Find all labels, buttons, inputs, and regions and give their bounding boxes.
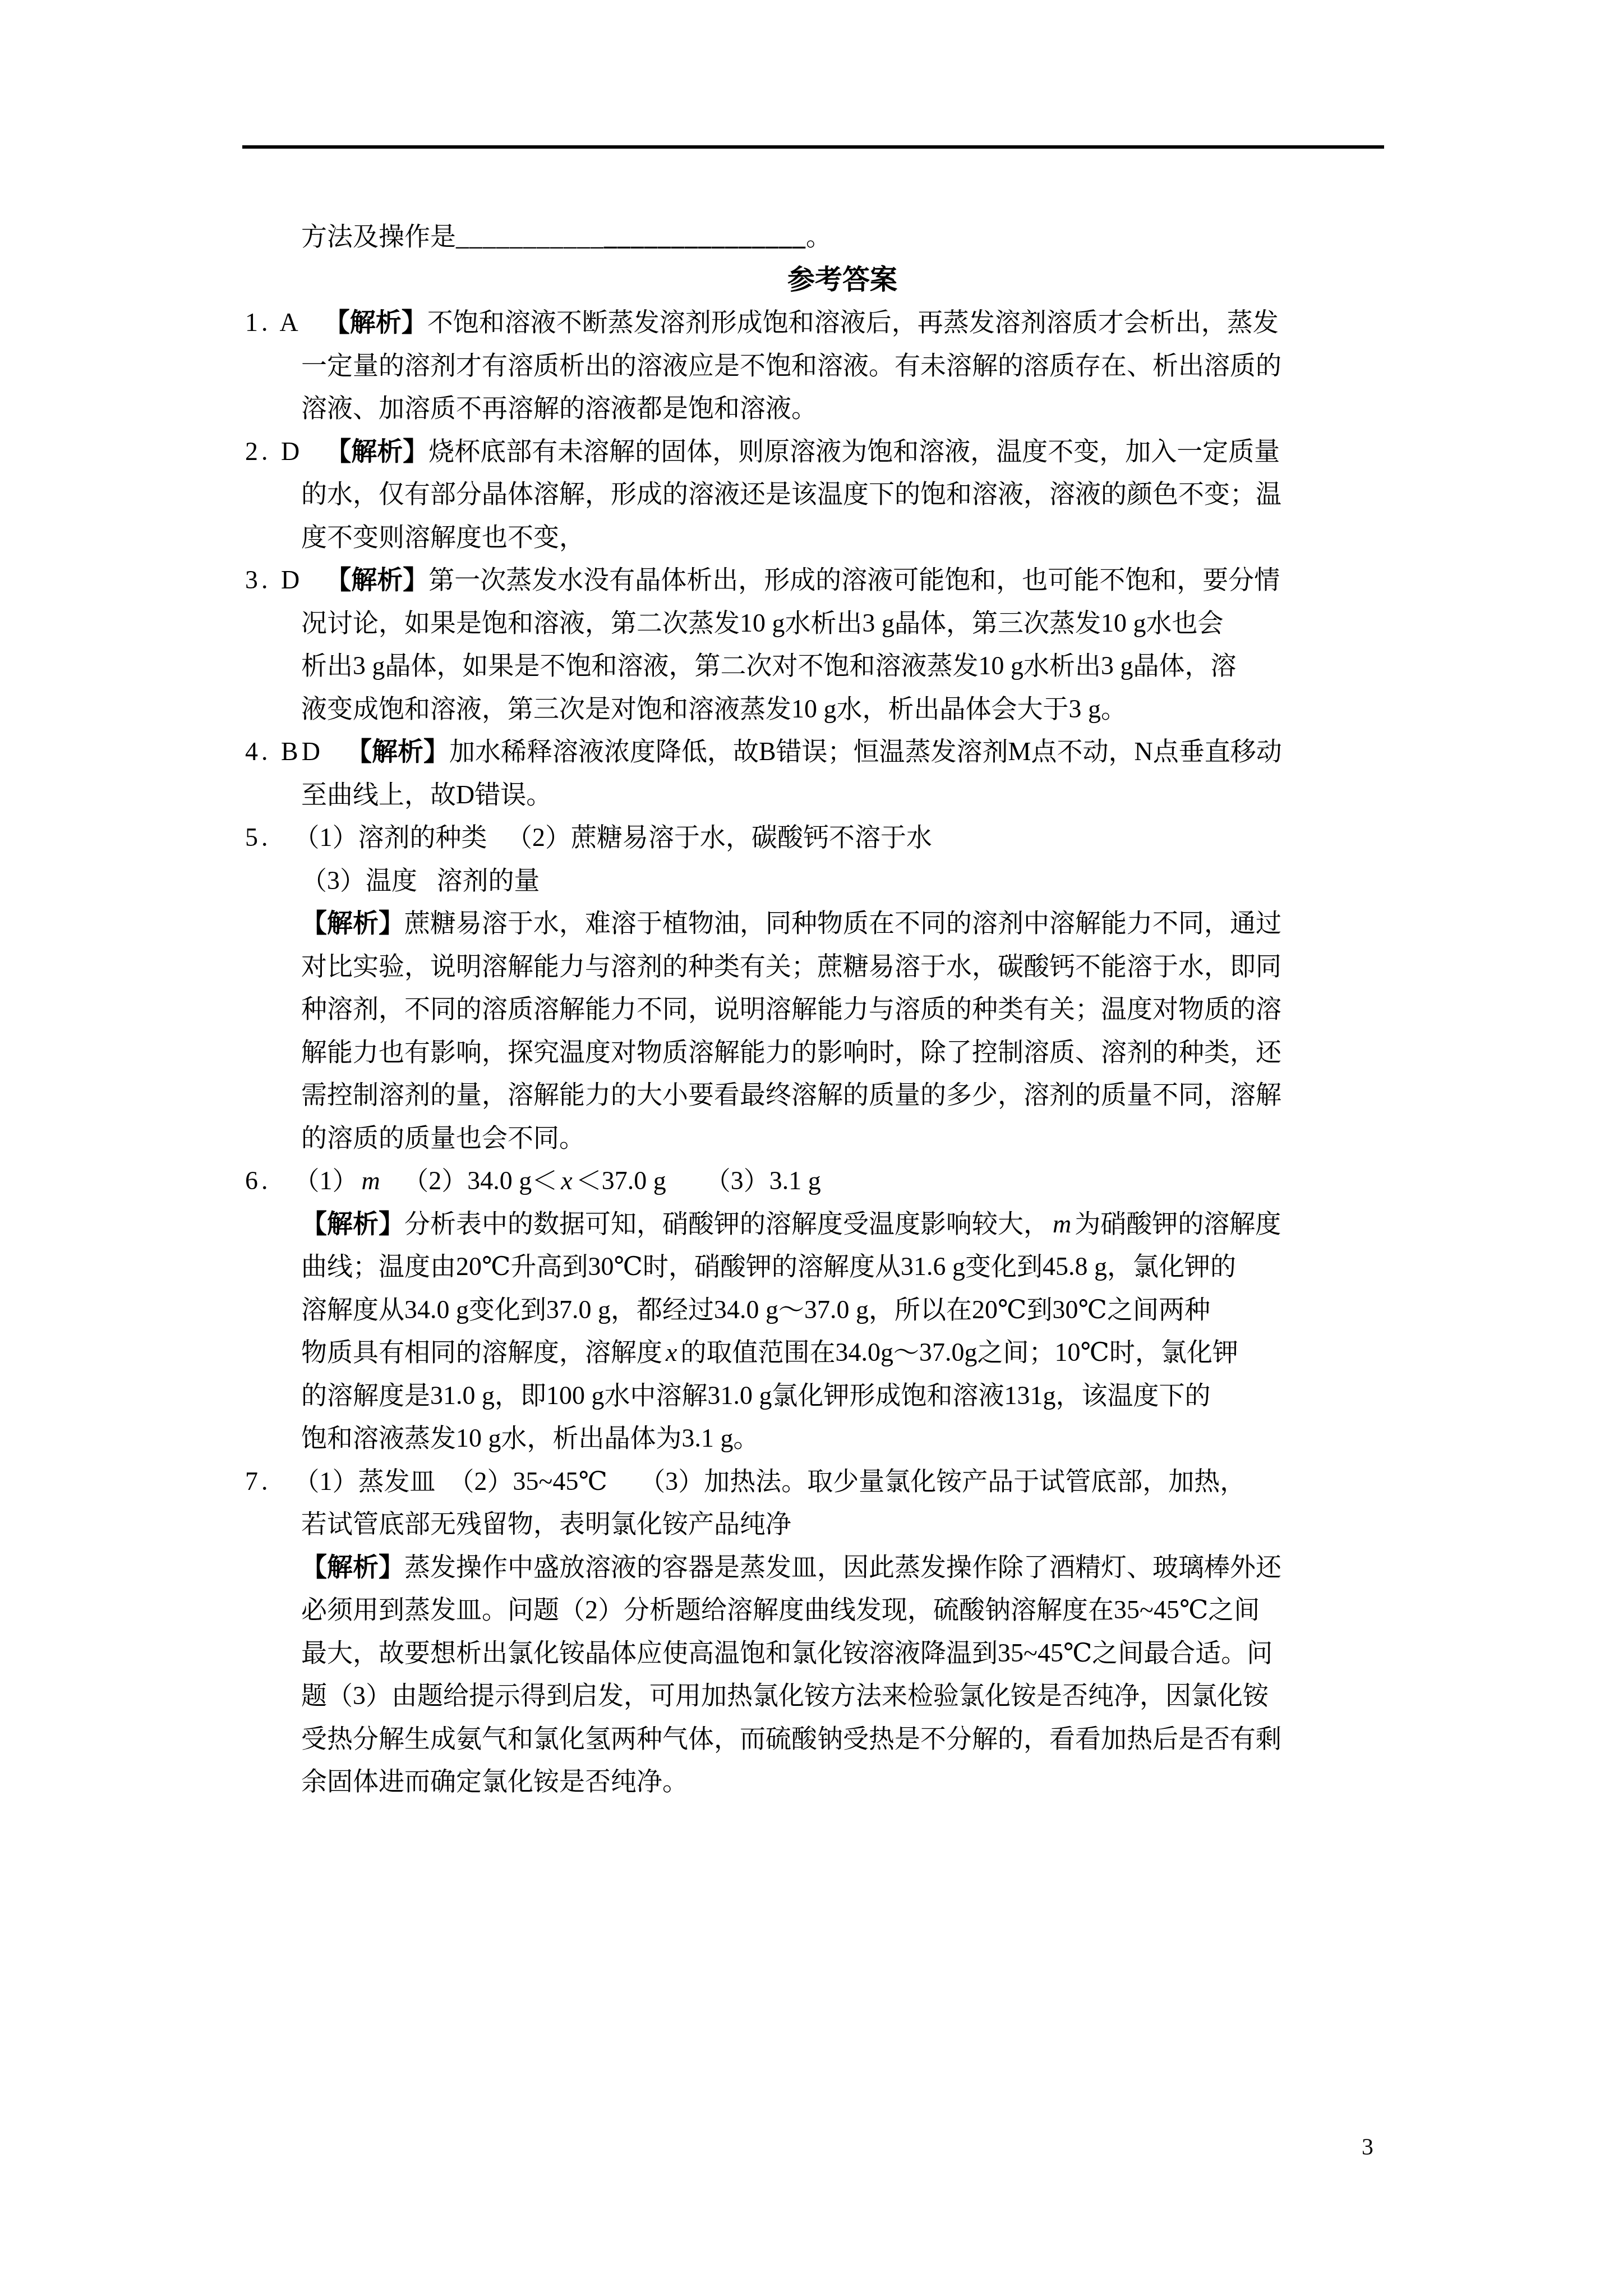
answer-text: 饱和溶液蒸发10 g水，析出晶体为3.1 g。 bbox=[301, 1424, 759, 1452]
answer-line-q1: 1. A【解析】不饱和溶液不断蒸发溶剂形成饱和溶液后，再蒸发溶剂溶质才会析出，蒸… bbox=[245, 301, 1440, 344]
answer-text: 第一次蒸发水没有晶体析出，形成的溶液可能饱和，也可能不饱和，要分情 bbox=[428, 565, 1280, 594]
answer-text: 物质具有相同的溶解度，溶解度 bbox=[301, 1338, 662, 1366]
answer-text: 的溶解度是31.0 g，即100 g水中溶解31.0 g氯化钾形成饱和溶液131… bbox=[301, 1381, 1211, 1410]
answer-line-q5: 种溶剂，不同的溶质溶解能力不同，说明溶解能力与溶质的种类有关；温度对物质的溶 bbox=[245, 988, 1440, 1031]
answer-text: 蒸发操作中盛放溶液的容器是蒸发皿，因此蒸发操作除了酒精灯、玻璃棒外还 bbox=[404, 1553, 1281, 1581]
answer-text: 余固体进而确定氯化铵是否纯净。 bbox=[301, 1767, 688, 1796]
period: 。 bbox=[806, 222, 832, 251]
answer-line-q5: （3）温度 溶剂的量 bbox=[245, 859, 1440, 903]
answer-text: 若试管底部无残留物，表明氯化铵产品纯净 bbox=[301, 1510, 791, 1538]
variable-m: m bbox=[1049, 1209, 1075, 1238]
answer-line-q7: 受热分解生成氨气和氯化氢两种气体，而硫酸钠受热是不分解的，看看加热后是否有剩 bbox=[245, 1718, 1440, 1761]
header-rule bbox=[242, 145, 1384, 149]
question-number-q3: 3. D bbox=[245, 565, 303, 594]
answer-text: 的水，仅有部分晶体溶解，形成的溶液还是该温度下的饱和溶液，溶液的颜色不变；温 bbox=[301, 480, 1281, 508]
answer-text: 为硝酸钾的溶解度 bbox=[1075, 1209, 1281, 1238]
variable-x: x bbox=[557, 1166, 575, 1195]
answer-text: 液变成饱和溶液，第三次是对饱和溶液蒸发10 g水，析出晶体会大于3 g。 bbox=[301, 694, 1127, 723]
answer-line-q5: 的溶质的质量也会不同。 bbox=[245, 1117, 1440, 1160]
answer-text: 的溶质的质量也会不同。 bbox=[301, 1124, 585, 1152]
answer-line-q2: 度不变则溶解度也不变， bbox=[245, 516, 1440, 559]
document-page: 方法及操作是__________________________。 参考答案 1… bbox=[0, 0, 1623, 2296]
answer-line-q1: 溶液、加溶质不再溶解的溶液都是饱和溶液。 bbox=[245, 387, 1440, 430]
answer-text: 溶解度从34.0 g变化到37.0 g，都经过34.0 g～37.0 g，所以在… bbox=[301, 1295, 1210, 1324]
answer-line-q6: 曲线；温度由20℃升高到30℃时，硝酸钾的溶解度从31.6 g变化到45.8 g… bbox=[245, 1245, 1440, 1289]
variable-m: m bbox=[358, 1166, 384, 1195]
answer-text: 的取值范围在34.0g～37.0g之间；10℃时，氯化钾 bbox=[680, 1338, 1238, 1366]
answer-text: 需控制溶剂的量，溶解能力的大小要看最终溶解的质量的多少，溶剂的质量不同，溶解 bbox=[301, 1080, 1281, 1109]
answer-line-q7: 题（3）由题给提示得到启发，可用加热氯化铵方法来检验氯化铵是否纯净，因氯化铵 bbox=[245, 1674, 1440, 1718]
answer-line-q6: 【解析】分析表中的数据可知，硝酸钾的溶解度受温度影响较大，m为硝酸钾的溶解度 bbox=[245, 1203, 1440, 1246]
question-number-q4: 4. BD bbox=[245, 737, 324, 766]
answer-line-q6: 溶解度从34.0 g变化到37.0 g，都经过34.0 g～37.0 g，所以在… bbox=[245, 1289, 1440, 1332]
answer-text: 曲线；温度由20℃升高到30℃时，硝酸钾的溶解度从31.6 g变化到45.8 g… bbox=[301, 1252, 1236, 1281]
answer-line-q7: 7.（1）蒸发皿 （2）35~45℃ （3）加热法。取少量氯化铵产品于试管底部，… bbox=[245, 1460, 1440, 1503]
answer-text: （1） bbox=[294, 1166, 358, 1195]
answer-text: 溶液、加溶质不再溶解的溶液都是饱和溶液。 bbox=[301, 394, 817, 422]
answer-text: 烧杯底部有未溶解的固体，则原溶液为饱和溶液，温度不变，加入一定质量 bbox=[428, 437, 1280, 466]
answer-key-title: 参考答案 bbox=[245, 259, 1440, 302]
analysis-tag-q2: 【解析】 bbox=[325, 437, 428, 466]
answer-line-q3: 液变成饱和溶液，第三次是对饱和溶液蒸发10 g水，析出晶体会大于3 g。 bbox=[245, 688, 1440, 731]
analysis-tag-q1: 【解析】 bbox=[324, 308, 427, 337]
answer-line-q2: 的水，仅有部分晶体溶解，形成的溶液还是该温度下的饱和溶液，溶液的颜色不变；温 bbox=[245, 473, 1440, 516]
answer-text: （1）溶剂的种类 （2）蔗糖易溶于水，碳酸钙不溶于水 bbox=[294, 823, 933, 852]
answer-line-q7: 【解析】蒸发操作中盛放溶液的容器是蒸发皿，因此蒸发操作除了酒精灯、玻璃棒外还 bbox=[245, 1546, 1440, 1589]
answer-text: 题（3）由题给提示得到启发，可用加热氯化铵方法来检验氯化铵是否纯净，因氯化铵 bbox=[301, 1681, 1269, 1710]
answer-text: 解能力也有影响，探究温度对物质溶解能力的影响时，除了控制溶质、溶剂的种类，还 bbox=[301, 1038, 1281, 1066]
answer-text: ＜37.0 g （3）3.1 g bbox=[576, 1166, 821, 1195]
answer-key-body: 方法及操作是__________________________。 参考答案 1… bbox=[245, 215, 1440, 1803]
answer-text: 一定量的溶剂才有溶质析出的溶液应是不饱和溶液。有未溶解的溶质存在、析出溶质的 bbox=[301, 351, 1281, 380]
analysis-tag-q7: 【解析】 bbox=[301, 1553, 404, 1581]
answer-line-q2: 2. D【解析】烧杯底部有未溶解的固体，则原溶液为饱和溶液，温度不变，加入一定质… bbox=[245, 430, 1440, 473]
answer-text: 析出3 g晶体，如果是不饱和溶液，第二次对不饱和溶液蒸发10 g水析出3 g晶体… bbox=[301, 651, 1237, 680]
answer-text: 至曲线上，故D错误。 bbox=[301, 780, 552, 809]
fill-blank-line: 方法及操作是__________________________。 bbox=[245, 215, 1440, 259]
answer-text: 最大，故要想析出氯化铵晶体应使高温饱和氯化铵溶液降温到35~45℃之间最合适。问 bbox=[301, 1639, 1272, 1667]
fill-blank-label: 方法及操作是 bbox=[301, 222, 456, 251]
analysis-tag-q4: 【解析】 bbox=[346, 737, 449, 766]
answer-text: 受热分解生成氨气和氯化氢两种气体，而硫酸钠受热是不分解的，看看加热后是否有剩 bbox=[301, 1724, 1281, 1753]
page-number: 3 bbox=[1362, 2131, 1373, 2164]
answer-text: （2）34.0 g＜ bbox=[384, 1166, 558, 1195]
answer-blank-thin: ___________ bbox=[456, 222, 604, 251]
answer-line-q7: 若试管底部无残留物，表明氯化铵产品纯净 bbox=[245, 1503, 1440, 1546]
answer-text: 况讨论，如果是饱和溶液，第二次蒸发10 g水析出3 g晶体，第三次蒸发10 g水… bbox=[301, 609, 1224, 637]
answer-line-q7: 最大，故要想析出氯化铵晶体应使高温饱和氯化铵溶液降温到35~45℃之间最合适。问 bbox=[245, 1632, 1440, 1675]
answer-text: 不饱和溶液不断蒸发溶剂形成饱和溶液后，再蒸发溶剂溶质才会析出，蒸发 bbox=[427, 308, 1279, 337]
question-number-q6: 6. bbox=[245, 1166, 271, 1195]
answer-text: 对比实验，说明溶解能力与溶剂的种类有关；蔗糖易溶于水，碳酸钙不能溶于水，即同 bbox=[301, 952, 1281, 981]
answer-line-q5: 需控制溶剂的量，溶解能力的大小要看最终溶解的质量的多少，溶剂的质量不同，溶解 bbox=[245, 1074, 1440, 1117]
answer-line-q7: 必须用到蒸发皿。问题（2）分析题给溶解度曲线发现，硫酸钠溶解度在35~45℃之间 bbox=[245, 1589, 1440, 1632]
answer-line-q3: 析出3 g晶体，如果是不饱和溶液，第二次对不饱和溶液蒸发10 g水析出3 g晶体… bbox=[245, 645, 1440, 688]
answer-line-q4: 至曲线上，故D错误。 bbox=[245, 774, 1440, 817]
answer-text: 必须用到蒸发皿。问题（2）分析题给溶解度曲线发现，硫酸钠溶解度在35~45℃之间 bbox=[301, 1595, 1260, 1624]
answer-text: 度不变则溶解度也不变， bbox=[301, 523, 585, 551]
analysis-tag-q6: 【解析】 bbox=[301, 1209, 404, 1238]
question-number-q7: 7. bbox=[245, 1467, 271, 1496]
answer-line-q3: 3. D【解析】第一次蒸发水没有晶体析出，形成的溶液可能饱和，也可能不饱和，要分… bbox=[245, 559, 1440, 602]
variable-x: x bbox=[662, 1338, 680, 1366]
answer-line-q5: 解能力也有影响，探究温度对物质溶解能力的影响时，除了控制溶质、溶剂的种类，还 bbox=[245, 1031, 1440, 1074]
answer-text: 蔗糖易溶于水，难溶于植物油，同种物质在不同的溶剂中溶解能力不同，通过 bbox=[404, 909, 1281, 937]
answer-line-q7: 余固体进而确定氯化铵是否纯净。 bbox=[245, 1760, 1440, 1803]
question-number-q5: 5. bbox=[245, 823, 271, 852]
question-number-q1: 1. A bbox=[245, 308, 302, 337]
analysis-tag-q3: 【解析】 bbox=[325, 565, 428, 594]
answer-text: 分析表中的数据可知，硝酸钾的溶解度受温度影响较大， bbox=[404, 1209, 1049, 1238]
answer-line-q5: 【解析】蔗糖易溶于水，难溶于植物油，同种物质在不同的溶剂中溶解能力不同，通过 bbox=[245, 902, 1440, 945]
answer-text: 加水稀释溶液浓度降低，故B错误；恒温蒸发溶剂M点不动，N点垂直移动 bbox=[449, 737, 1282, 766]
answer-line-q3: 况讨论，如果是饱和溶液，第二次蒸发10 g水析出3 g晶体，第三次蒸发10 g水… bbox=[245, 602, 1440, 645]
question-number-q2: 2. D bbox=[245, 437, 303, 466]
answer-line-q6: 6.（1）m （2）34.0 g＜x＜37.0 g （3）3.1 g bbox=[245, 1159, 1440, 1203]
answer-line-q6: 的溶解度是31.0 g，即100 g水中溶解31.0 g氯化钾形成饱和溶液131… bbox=[245, 1374, 1440, 1418]
answer-line-q6: 物质具有相同的溶解度，溶解度x的取值范围在34.0g～37.0g之间；10℃时，… bbox=[245, 1331, 1440, 1374]
answer-line-q5: 对比实验，说明溶解能力与溶剂的种类有关；蔗糖易溶于水，碳酸钙不能溶于水，即同 bbox=[245, 945, 1440, 988]
answer-line-q6: 饱和溶液蒸发10 g水，析出晶体为3.1 g。 bbox=[245, 1417, 1440, 1460]
answer-text: （1）蒸发皿 （2）35~45℃ （3）加热法。取少量氯化铵产品于试管底部，加热… bbox=[294, 1467, 1246, 1496]
answer-blank-bold: _______________ bbox=[604, 222, 806, 251]
analysis-tag-q5: 【解析】 bbox=[301, 909, 404, 937]
answer-line-q5: 5.（1）溶剂的种类 （2）蔗糖易溶于水，碳酸钙不溶于水 bbox=[245, 816, 1440, 859]
answer-line-q4: 4. BD【解析】加水稀释溶液浓度降低，故B错误；恒温蒸发溶剂M点不动，N点垂直… bbox=[245, 730, 1440, 774]
answer-text: （3）温度 溶剂的量 bbox=[301, 866, 540, 895]
answer-line-q1: 一定量的溶剂才有溶质析出的溶液应是不饱和溶液。有未溶解的溶质存在、析出溶质的 bbox=[245, 344, 1440, 388]
answer-text: 种溶剂，不同的溶质溶解能力不同，说明溶解能力与溶质的种类有关；温度对物质的溶 bbox=[301, 995, 1281, 1023]
